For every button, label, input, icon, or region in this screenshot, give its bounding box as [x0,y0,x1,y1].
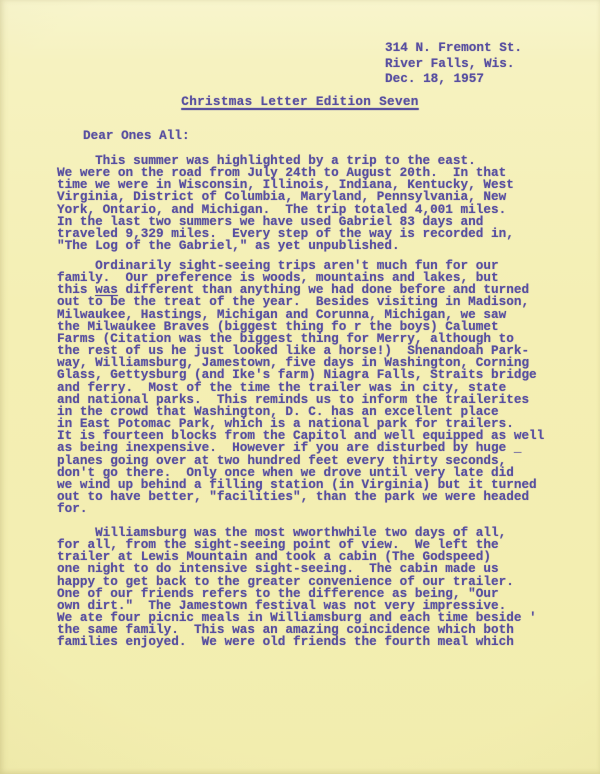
letter-title: Christmas Letter Edition Seven [0,96,600,108]
salutation: Dear Ones All: [83,130,190,142]
paragraph-sightseeing-after: different than anything we had done befo… [57,282,544,516]
letter-page: 314 N. Fremont St. River Falls, Wis. Dec… [0,0,600,774]
paragraph-trip-summary: This summer was highlighted by a trip to… [57,155,514,252]
paragraph-sightseeing: Ordinarily sight-seeing trips aren't muc… [57,260,544,515]
paragraph-williamsburg: Williamsburg was the most wworthwhile tw… [57,527,537,649]
return-address: 314 N. Fremont St. River Falls, Wis. Dec… [385,40,522,87]
